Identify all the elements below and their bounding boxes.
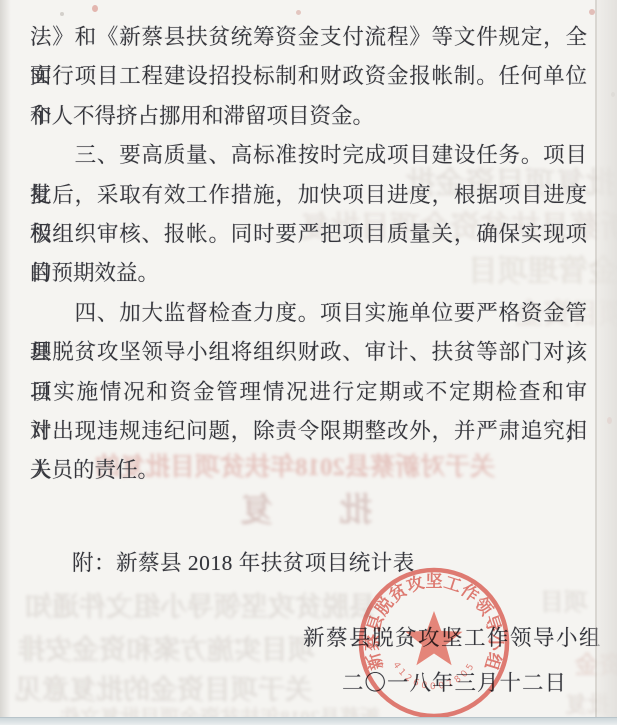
body-line: 目实施情况和资金管理情况进行定期或不定期检查和审计，: [30, 373, 587, 412]
body-line: 四、加大监督检查力度。项目实施单位要严格资金管理，: [30, 294, 587, 333]
bleedthrough-text: 项目: [540, 582, 588, 617]
seal-graphic: 新蔡县脱贫攻坚工作领导小组 41260007805: [355, 564, 513, 722]
body-line: 复后，采取有效工作措施，加快项目进度，根据项目进度积: [30, 176, 587, 215]
body-line: 实行项目工程建设招投标制和财政资金报帐制。任何单位和: [30, 57, 587, 96]
seal-star-icon: [406, 611, 463, 665]
bleedthrough-text: 县脱贫攻坚领导小组文件通知: [25, 585, 376, 624]
body-text: 法》和《新蔡县扶贫统筹资金支付流程》等文件规定，全面实行项目工程建设招投标制和财…: [30, 18, 587, 491]
svg-text:41260007805: 41260007805: [390, 659, 478, 692]
ink-speck: [60, 12, 64, 16]
body-line: 对出现违规违纪问题，除责令限期整改外，并严肃追究相关: [30, 412, 587, 451]
body-line: 法》和《新蔡县扶贫统筹资金支付流程》等文件规定，全面: [30, 18, 587, 57]
ink-speck: [92, 5, 98, 12]
body-line: 个人不得挤占挪用和滞留项目资金。: [30, 97, 587, 136]
scan-edge-right-band: [597, 0, 617, 725]
scan-edge-right: [595, 0, 597, 725]
body-line: 人员的责任。: [30, 451, 587, 490]
bleedthrough-text: 批 复: [240, 484, 372, 531]
official-seal: 新蔡县脱贫攻坚工作领导小组 41260007805: [355, 564, 513, 722]
body-line: 极组织审核、报帐。同时要严把项目质量关，确保实现项目: [30, 215, 587, 254]
scan-edge-bottom: [0, 717, 617, 725]
bleedthrough-text: 关于项目资金的批复意见: [15, 668, 312, 707]
ink-speck: [296, 10, 301, 15]
body-line: 的预期效益。: [30, 254, 587, 293]
body-line: 三、要高质量、高标准按时完成项目建设任务。项目批: [30, 136, 587, 175]
bleedthrough-text: 项目实施方案和资金安排: [18, 628, 315, 667]
body-line: 县脱贫攻坚领导小组将组织财政、审计、扶贫等部门对该项: [30, 333, 587, 372]
scanned-document-page: 批复项目资金批新蔡县扶贫资金项目批复资金管理项目项目资金关于对新蔡县2018年扶…: [0, 0, 617, 725]
scan-edge-left: [0, 0, 11, 725]
seal-serial-number: 41260007805: [390, 659, 478, 692]
